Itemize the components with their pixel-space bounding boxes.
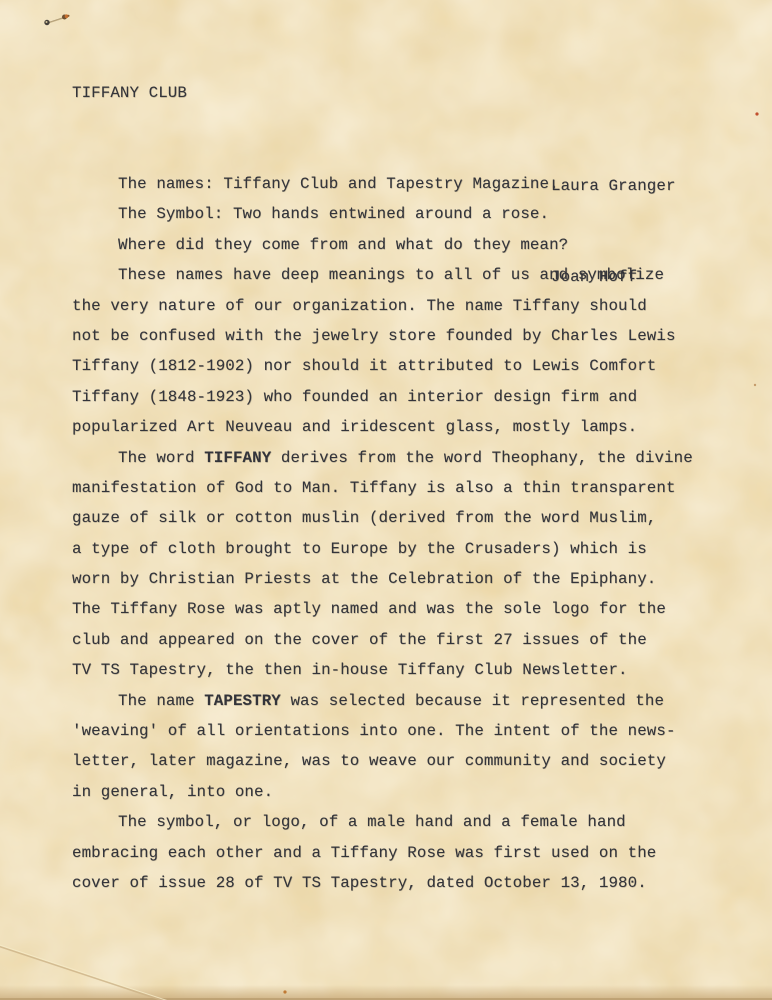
text-line: letter, later magazine, was to weave our… xyxy=(72,746,742,776)
text-line: in general, into one. xyxy=(72,777,742,807)
text-line: manifestation of God to Man. Tiffany is … xyxy=(72,473,742,503)
text-line: The names: Tiffany Club and Tapestry Mag… xyxy=(72,169,742,199)
text-line: popularized Art Neuveau and iridescent g… xyxy=(72,412,742,442)
text-line: cover of issue 28 of TV TS Tapestry, dat… xyxy=(72,868,742,898)
typewritten-content: TIFFANY CLUB Laura Granger Joan Hoff The… xyxy=(0,0,772,1000)
text-line: a type of cloth brought to Europe by the… xyxy=(72,534,742,564)
text-line: The Symbol: Two hands entwined around a … xyxy=(72,199,742,229)
text-line: Tiffany (1812-1902) nor should it attrib… xyxy=(72,351,742,381)
text-line: Tiffany (1848-1923) who founded an inter… xyxy=(72,382,742,412)
text-line: The symbol, or logo, of a male hand and … xyxy=(72,807,742,837)
text-line: not be confused with the jewelry store f… xyxy=(72,321,742,351)
text-line: gauze of silk or cotton muslin (derived … xyxy=(72,503,742,533)
text-line: worn by Christian Priests at the Celebra… xyxy=(72,564,742,594)
text-line: the very nature of our organization. The… xyxy=(72,291,742,321)
text-line: The word TIFFANY derives from the word T… xyxy=(72,443,742,473)
document-title: TIFFANY CLUB xyxy=(72,78,187,108)
document-body: The names: Tiffany Club and Tapestry Mag… xyxy=(72,169,742,898)
document-page: TIFFANY CLUB Laura Granger Joan Hoff The… xyxy=(0,0,772,1000)
text-line: The name TAPESTRY was selected because i… xyxy=(72,686,742,716)
text-line: 'weaving' of all orientations into one. … xyxy=(72,716,742,746)
text-line: club and appeared on the cover of the fi… xyxy=(72,625,742,655)
text-line: The Tiffany Rose was aptly named and was… xyxy=(72,594,742,624)
text-line: These names have deep meanings to all of… xyxy=(72,260,742,290)
text-line: Where did they come from and what do the… xyxy=(72,230,742,260)
text-line: TV TS Tapestry, the then in-house Tiffan… xyxy=(72,655,742,685)
text-line: embracing each other and a Tiffany Rose … xyxy=(72,838,742,868)
